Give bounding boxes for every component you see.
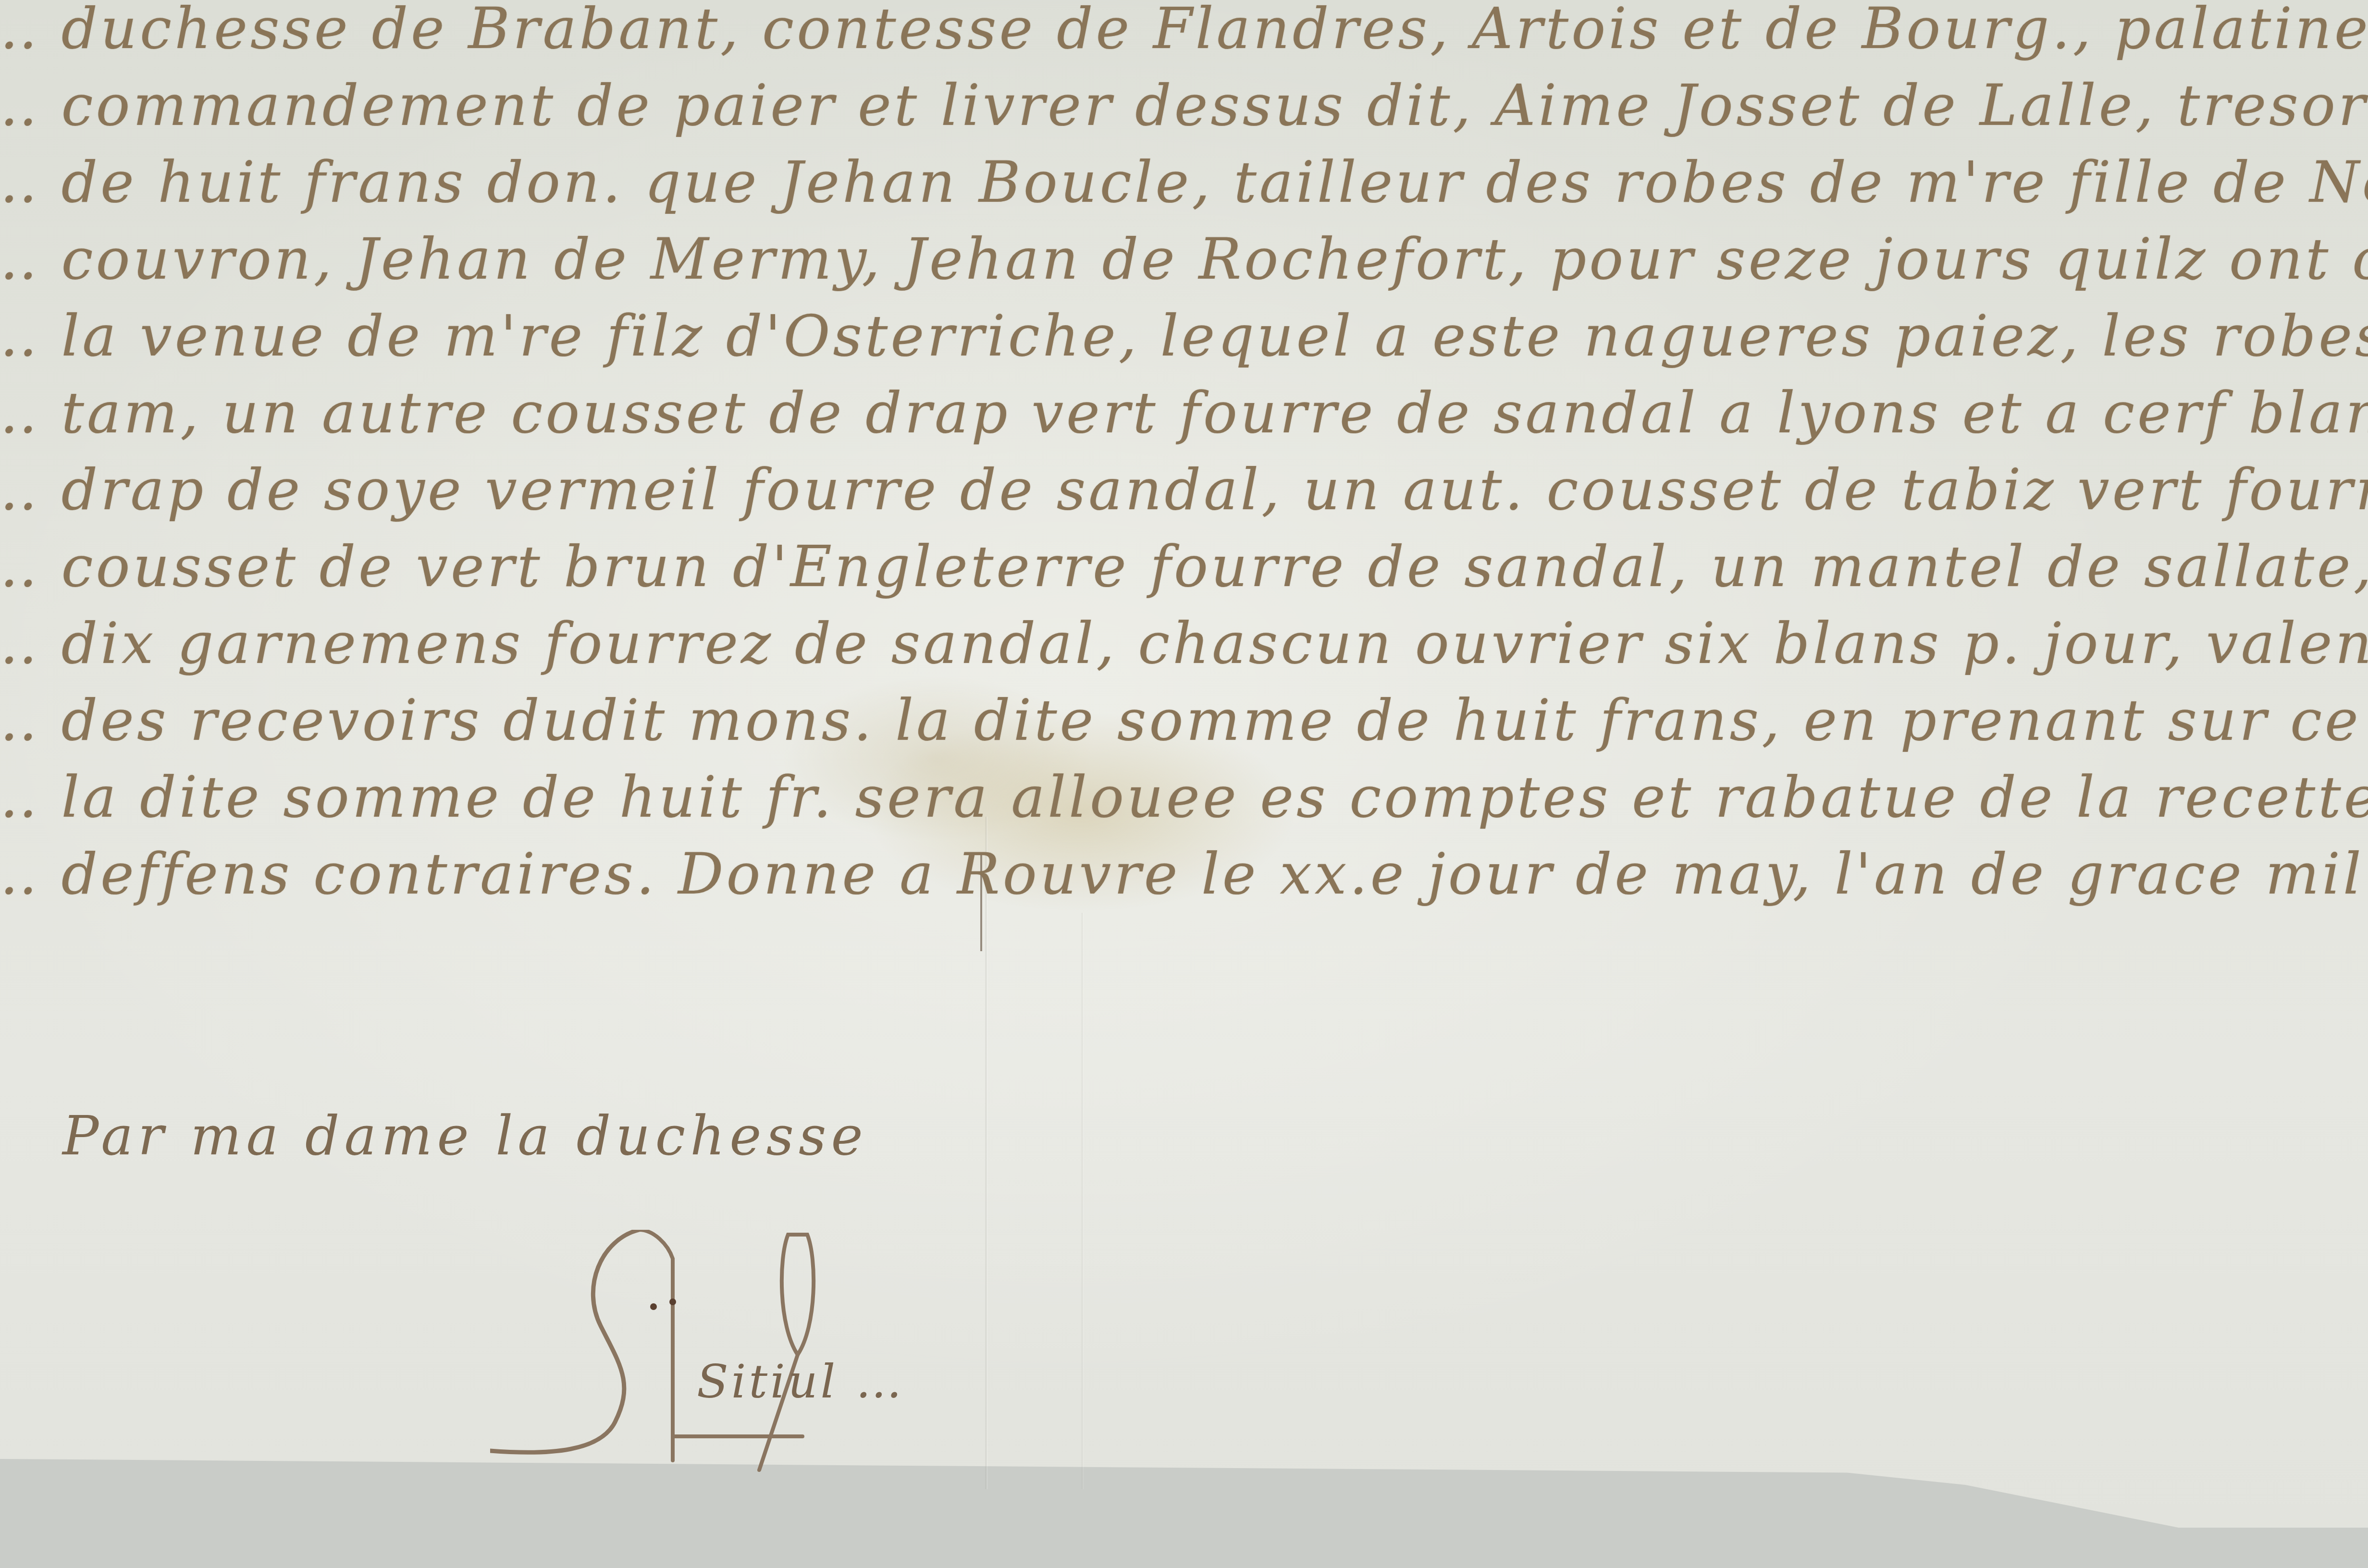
signature-name: Sitiul …: [697, 1355, 905, 1409]
manuscript-line-4: … couvron, Jehan de Mermy, Jehan de Roch…: [0, 231, 2368, 287]
manuscript-line-6: … tam, un autre cousset de drap vert fou…: [0, 384, 2368, 441]
manuscript-line-1: … duchesse de Brabant, contesse de Fland…: [0, 0, 2368, 57]
closing-formula: Par ma dame la duchesse: [62, 1105, 868, 1167]
manuscript-line-11: … la dite somme de huit fr. sera allouee…: [0, 769, 2368, 825]
manuscript-line-3: … de huit frans don. que Jehan Boucle, t…: [0, 154, 2368, 210]
fold-line-secondary: [1081, 913, 1084, 1489]
manuscript-line-10: … des recevoirs dudit mons. la dite somm…: [0, 692, 2368, 748]
manuscript-line-5: … la venue de m're filz d'Osterriche, le…: [0, 307, 2368, 364]
manuscript-line-7: … drap de soye vermeil fourre de sandal,…: [0, 461, 2368, 518]
manuscript-line-9: … dix garnemens fourrez de sandal, chasc…: [0, 615, 2368, 672]
manuscript-line-8: … cousset de vert brun d'Engleterre four…: [0, 538, 2368, 595]
manuscript-line-12: … deffens contraires. Donne a Rouvre le …: [0, 845, 2368, 902]
manuscript-line-2: … commandement de paier et livrer dessus…: [0, 77, 2368, 134]
